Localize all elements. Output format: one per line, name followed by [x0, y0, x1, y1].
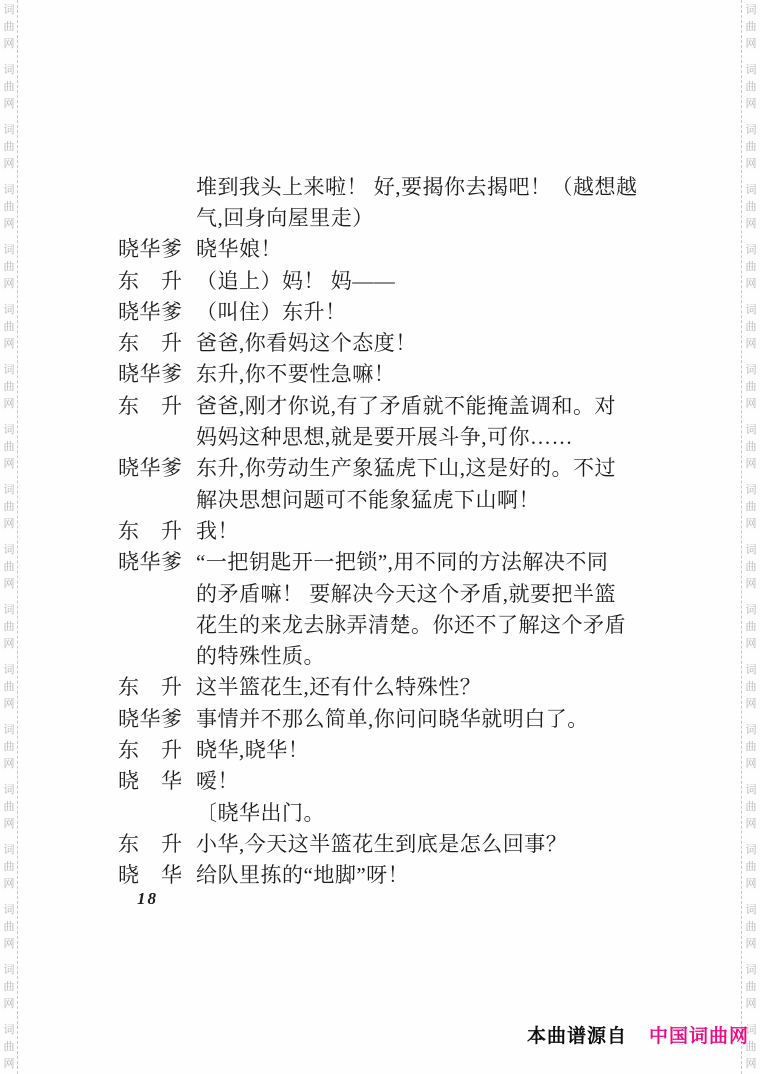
dialogue-text: 的矛盾嘛！ 要解决今天这个矛盾,就要把半篮: [196, 578, 616, 608]
dialogue-text: （叫住）东升！: [196, 296, 347, 326]
script-line: 东 升 小华,今天这半篮花生到底是怎么回事？: [118, 827, 658, 858]
dialogue-text: 气,回身向屋里走）: [196, 202, 374, 232]
watermark-char: 网: [4, 938, 15, 949]
watermark-char: 网: [4, 698, 15, 709]
watermark-char: 词: [746, 544, 757, 555]
speaker-label: 晓华爹: [118, 703, 196, 733]
watermark-char: 词: [4, 544, 15, 555]
script-line: 晓华爹 晓华娘！: [118, 233, 658, 264]
watermark-group: 词曲网: [744, 424, 758, 469]
watermark-group: 词曲网: [2, 124, 16, 169]
speaker-label: 东 升: [118, 327, 196, 357]
watermark-char: 曲: [4, 801, 15, 812]
watermark-char: 词: [4, 304, 15, 315]
watermark-group: 词曲网: [2, 184, 16, 229]
dialogue-text: 晓华娘！: [196, 233, 282, 263]
watermark-char: 网: [746, 518, 757, 529]
watermark-char: 曲: [4, 561, 15, 572]
dialogue-text: （追上）妈！ 妈——: [196, 265, 395, 295]
speaker-label: 晓华爹: [118, 546, 196, 576]
script-line: 东 升 这半篮花生,还有什么特殊性？: [118, 671, 658, 702]
watermark-char: 网: [746, 758, 757, 769]
watermark-group: 词曲网: [744, 724, 758, 769]
watermark-char: 曲: [4, 21, 15, 32]
watermark-char: 词: [4, 244, 15, 255]
watermark-char: 网: [746, 278, 757, 289]
watermark-group: 词曲网: [2, 1024, 16, 1069]
watermark-char: 网: [746, 98, 757, 109]
watermark-char: 词: [4, 124, 15, 135]
watermark-char: 网: [746, 818, 757, 829]
watermark-char: 曲: [4, 621, 15, 632]
watermark-char: 词: [4, 604, 15, 615]
watermark-group: 词曲网: [2, 604, 16, 649]
watermark-char: 网: [746, 398, 757, 409]
watermark-char: 词: [4, 844, 15, 855]
watermark-char: 网: [4, 338, 15, 349]
dialogue-text: 东升,你不要性急嘛！: [196, 358, 395, 388]
watermark-group: 词曲网: [744, 184, 758, 229]
speaker-label: 晓华爹: [118, 452, 196, 482]
watermark-group: 词曲网: [2, 544, 16, 589]
watermark-group: 词曲网: [744, 364, 758, 409]
watermark-char: 网: [4, 158, 15, 169]
script-line: 东 升 我！: [118, 514, 658, 545]
script-line: 晓华爹 事情并不那么简单,你问问晓华就明白了。: [118, 702, 658, 733]
dialogue-text: 这半篮花生,还有什么特殊性？: [196, 671, 481, 701]
speaker-label: 东 升: [118, 671, 196, 701]
watermark-char: 网: [746, 938, 757, 949]
watermark-char: 词: [4, 4, 15, 15]
watermark-group: 词曲网: [744, 124, 758, 169]
watermark-char: 曲: [746, 801, 757, 812]
watermark-group: 词曲网: [2, 424, 16, 469]
watermark-char: 词: [4, 184, 15, 195]
watermark-char: 网: [4, 1058, 15, 1069]
page-number: 18: [137, 889, 158, 909]
watermark-char: 网: [4, 758, 15, 769]
watermark-char: 曲: [4, 201, 15, 212]
watermark-group: 词曲网: [744, 244, 758, 289]
script-line: 堆到我头上来啦！ 好,要揭你去揭吧！（越想越: [118, 170, 658, 201]
script-line: 气,回身向屋里走）: [118, 201, 658, 232]
watermark-group: 词曲网: [744, 544, 758, 589]
watermark-char: 网: [4, 398, 15, 409]
watermark-char: 词: [746, 124, 757, 135]
dialogue-text: 堆到我头上来啦！ 好,要揭你去揭吧！（越想越: [196, 171, 638, 201]
script-line: 的矛盾嘛！ 要解决今天这个矛盾,就要把半篮: [118, 577, 658, 608]
dialogue-text: 花生的来龙去脉弄清楚。你还不了解这个矛盾: [196, 609, 626, 639]
watermark-char: 曲: [4, 681, 15, 692]
watermark-char: 网: [4, 458, 15, 469]
dialogue-text: 小华,今天这半篮花生到底是怎么回事？: [196, 828, 567, 858]
watermark-char: 曲: [746, 441, 757, 452]
watermark-group: 词曲网: [744, 784, 758, 829]
dialogue-text: 晓华,晓华！: [196, 734, 309, 764]
watermark-group: 词曲网: [2, 244, 16, 289]
watermark-char: 词: [4, 484, 15, 495]
dialogue-text: 嗳！: [196, 765, 239, 795]
watermark-char: 词: [746, 184, 757, 195]
watermark-char: 曲: [4, 861, 15, 872]
speaker-label: 晓 华: [118, 859, 196, 889]
watermark-char: 网: [746, 698, 757, 709]
watermark-char: 网: [746, 458, 757, 469]
watermark-group: 词曲网: [744, 304, 758, 349]
watermark-char: 曲: [4, 81, 15, 92]
dialogue-text: “一把钥匙开一把锁”,用不同的方法解决不同: [196, 546, 608, 576]
watermark-char: 词: [746, 4, 757, 15]
speaker-label: 东 升: [118, 515, 196, 545]
watermark-group: 词曲网: [2, 484, 16, 529]
watermark-char: 词: [4, 724, 15, 735]
watermark-char: 词: [4, 364, 15, 375]
dialogue-text: 东升,你劳动生产象猛虎下山,这是好的。不过: [196, 452, 616, 482]
watermark-char: 曲: [4, 501, 15, 512]
watermark-char: 词: [746, 304, 757, 315]
watermark-char: 曲: [746, 861, 757, 872]
watermark-char: 曲: [746, 921, 757, 932]
script-line: 晓华爹 “一把钥匙开一把锁”,用不同的方法解决不同: [118, 546, 658, 577]
speaker-label: 晓 华: [118, 765, 196, 795]
script-line: 妈妈这种思想,就是要开展斗争,可你……: [118, 420, 658, 451]
speaker-label: 东 升: [118, 265, 196, 295]
footer-brand-link[interactable]: 中国词曲网: [649, 1021, 749, 1048]
watermark-char: 词: [746, 664, 757, 675]
watermark-char: 网: [746, 578, 757, 589]
watermark-char: 词: [4, 1024, 15, 1035]
script-line: 东 升 爸爸,刚才你说,有了矛盾就不能掩盖调和。对: [118, 389, 658, 420]
script-line: 晓 华 嗳！: [118, 765, 658, 796]
watermark-char: 网: [746, 638, 757, 649]
watermark-char: 曲: [746, 141, 757, 152]
dialogue-text: 解决思想问题可不能象猛虎下山啊！: [196, 484, 540, 514]
watermark-char: 曲: [4, 321, 15, 332]
script-line: 晓 华 给队里拣的“地脚”呀！: [118, 859, 658, 890]
speaker-label: 东 升: [118, 390, 196, 420]
watermark-char: 词: [746, 964, 757, 975]
watermark-char: 网: [746, 1058, 757, 1069]
watermark-char: 词: [4, 784, 15, 795]
watermark-char: 曲: [746, 681, 757, 692]
left-dashed-edge-line: [17, 0, 18, 1074]
watermark-char: 曲: [4, 1041, 15, 1052]
watermark-char: 网: [4, 638, 15, 649]
dialogue-text: 给队里拣的“地脚”呀！: [196, 859, 409, 889]
watermark-group: 词曲网: [2, 844, 16, 889]
dialogue-text: 我！: [196, 515, 239, 545]
watermark-char: 词: [4, 64, 15, 75]
speaker-label: 晓华爹: [118, 233, 196, 263]
watermark-char: 词: [746, 784, 757, 795]
dialogue-text: 妈妈这种思想,就是要开展斗争,可你……: [196, 421, 573, 451]
watermark-char: 词: [4, 424, 15, 435]
watermark-char: 网: [746, 878, 757, 889]
dialogue-text: 〔晓华出门。: [196, 797, 325, 827]
speaker-label: 东 升: [118, 734, 196, 764]
script-line: 花生的来龙去脉弄清楚。你还不了解这个矛盾: [118, 608, 658, 639]
watermark-group: 词曲网: [2, 64, 16, 109]
watermark-char: 曲: [746, 21, 757, 32]
watermark-char: 词: [746, 844, 757, 855]
watermark-char: 网: [4, 818, 15, 829]
footer-credit: 本曲谱源自 中国词曲网: [527, 1021, 749, 1048]
watermark-group: 词曲网: [744, 64, 758, 109]
speaker-label: 晓华爹: [118, 358, 196, 388]
scanned-page: 词曲网词曲网词曲网词曲网词曲网词曲网词曲网词曲网词曲网词曲网词曲网词曲网词曲网词…: [0, 0, 760, 1074]
script-line: 晓华爹 东升,你不要性急嘛！: [118, 358, 658, 389]
script-line: 东 升 （追上）妈！ 妈——: [118, 264, 658, 295]
watermark-char: 曲: [746, 561, 757, 572]
watermark-group: 词曲网: [2, 904, 16, 949]
watermark-group: 词曲网: [744, 4, 758, 49]
watermark-group: 词曲网: [2, 664, 16, 709]
watermark-char: 曲: [746, 621, 757, 632]
watermark-group: 词曲网: [2, 364, 16, 409]
watermark-group: 词曲网: [2, 964, 16, 1009]
watermark-char: 网: [4, 38, 15, 49]
script-line: 晓华爹 东升,你劳动生产象猛虎下山,这是好的。不过: [118, 452, 658, 483]
script-line: 的特殊性质。: [118, 639, 658, 670]
dialogue-text: 爸爸,刚才你说,有了矛盾就不能掩盖调和。对: [196, 390, 616, 420]
watermark-char: 曲: [4, 261, 15, 272]
watermark-char: 曲: [746, 981, 757, 992]
right-dashed-edge-line: [741, 0, 742, 1074]
watermark-char: 词: [4, 664, 15, 675]
watermark-char: 词: [746, 604, 757, 615]
watermark-char: 网: [4, 98, 15, 109]
dialogue-text: 事情并不那么简单,你问问晓华就明白了。: [196, 703, 589, 733]
watermark-char: 网: [746, 38, 757, 49]
watermark-char: 曲: [746, 741, 757, 752]
watermark-group: 词曲网: [744, 964, 758, 1009]
watermark-column-right: 词曲网词曲网词曲网词曲网词曲网词曲网词曲网词曲网词曲网词曲网词曲网词曲网词曲网词…: [744, 4, 758, 1074]
script-body: 堆到我头上来啦！ 好,要揭你去揭吧！（越想越 气,回身向屋里走） 晓华爹 晓华娘…: [118, 170, 658, 890]
watermark-char: 曲: [4, 981, 15, 992]
speaker-label: 晓华爹: [118, 296, 196, 326]
script-line: 东 升 晓华,晓华！: [118, 733, 658, 764]
watermark-char: 词: [746, 364, 757, 375]
watermark-char: 网: [4, 218, 15, 229]
footer-credit-prefix: 本曲谱源自: [527, 1021, 627, 1048]
watermark-char: 网: [746, 338, 757, 349]
watermark-char: 曲: [746, 381, 757, 392]
dialogue-text: 爸爸,你看妈这个态度！: [196, 327, 417, 357]
watermark-char: 网: [4, 878, 15, 889]
watermark-char: 词: [746, 724, 757, 735]
watermark-char: 网: [746, 998, 757, 1009]
watermark-group: 词曲网: [2, 4, 16, 49]
watermark-char: 网: [4, 278, 15, 289]
watermark-char: 词: [746, 904, 757, 915]
script-line: 〔晓华出门。: [118, 796, 658, 827]
watermark-char: 曲: [746, 81, 757, 92]
speaker-label: 东 升: [118, 828, 196, 858]
watermark-group: 词曲网: [744, 664, 758, 709]
watermark-char: 网: [4, 998, 15, 1009]
dialogue-text: 的特殊性质。: [196, 640, 325, 670]
watermark-char: 曲: [4, 381, 15, 392]
script-line: 解决思想问题可不能象猛虎下山啊！: [118, 483, 658, 514]
watermark-char: 曲: [746, 501, 757, 512]
watermark-char: 曲: [4, 441, 15, 452]
watermark-column-left: 词曲网词曲网词曲网词曲网词曲网词曲网词曲网词曲网词曲网词曲网词曲网词曲网词曲网词…: [2, 4, 16, 1074]
watermark-group: 词曲网: [744, 844, 758, 889]
watermark-char: 词: [746, 424, 757, 435]
watermark-char: 曲: [4, 921, 15, 932]
watermark-char: 词: [746, 64, 757, 75]
watermark-group: 词曲网: [744, 604, 758, 649]
watermark-group: 词曲网: [744, 484, 758, 529]
watermark-char: 词: [746, 244, 757, 255]
watermark-char: 网: [746, 218, 757, 229]
watermark-char: 曲: [746, 321, 757, 332]
watermark-group: 词曲网: [2, 784, 16, 829]
watermark-group: 词曲网: [2, 304, 16, 349]
watermark-char: 网: [746, 158, 757, 169]
watermark-char: 曲: [4, 141, 15, 152]
watermark-group: 词曲网: [744, 904, 758, 949]
watermark-char: 词: [746, 484, 757, 495]
watermark-char: 词: [4, 904, 15, 915]
watermark-char: 曲: [4, 741, 15, 752]
watermark-char: 曲: [746, 261, 757, 272]
watermark-char: 曲: [746, 201, 757, 212]
script-line: 东 升 爸爸,你看妈这个态度！: [118, 326, 658, 357]
watermark-char: 词: [4, 964, 15, 975]
script-line: 晓华爹 （叫住）东升！: [118, 295, 658, 326]
watermark-char: 网: [4, 518, 15, 529]
watermark-group: 词曲网: [2, 724, 16, 769]
watermark-char: 网: [4, 578, 15, 589]
